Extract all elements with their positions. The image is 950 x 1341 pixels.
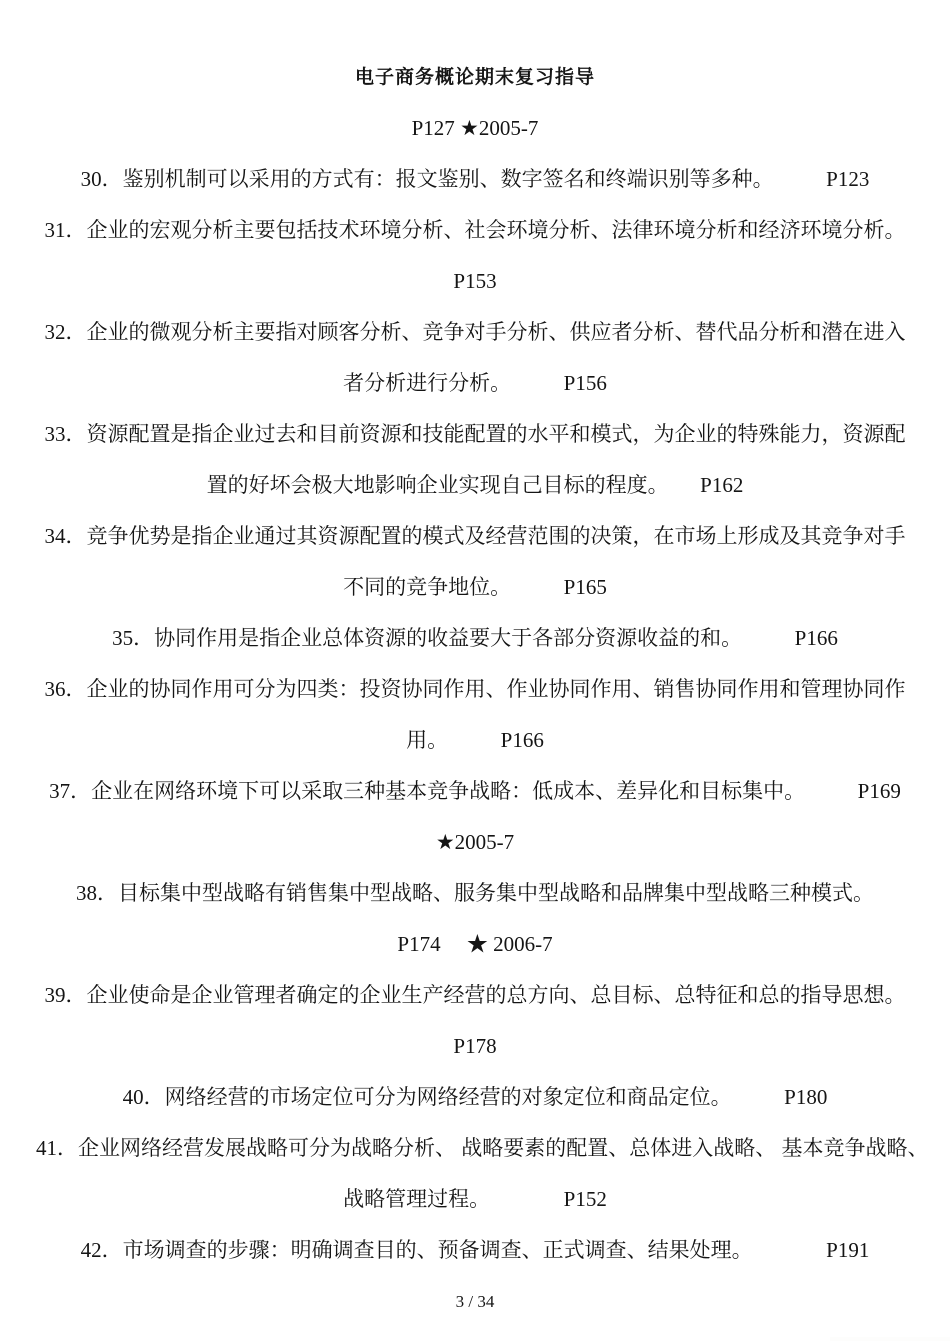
review-item-line: 37．企业在网络环境下可以采取三种基本竞争战略：低成本、差异化和目标集中。 P1… <box>36 766 914 817</box>
review-item-line: 36．企业的协同作用可分为四类：投资协同作用、作业协同作用、销售协同作用和管理协… <box>36 664 914 715</box>
faint-watermark <box>830 1337 950 1341</box>
review-item-continuation-line: P153 <box>36 256 914 307</box>
review-item-line: 41．企业网络经营发展战略可分为战略分析、 战略要素的配置、总体进入战略、 基本… <box>36 1123 914 1174</box>
exam-reference-line: ★2005-7 <box>36 817 914 868</box>
review-item-continuation-line: 用。 P166 <box>36 715 914 766</box>
review-item-line: 31．企业的宏观分析主要包括技术环境分析、社会环境分析、法律环境分析和经济环境分… <box>36 205 914 256</box>
review-item-line: 40．网络经营的市场定位可分为网络经营的对象定位和商品定位。 P180 <box>36 1072 914 1123</box>
review-item-line: 33．资源配置是指企业过去和目前资源和技能配置的水平和模式，为企业的特殊能力，资… <box>36 409 914 460</box>
page-number: 3 / 34 <box>36 1276 914 1327</box>
exam-reference-line: P174 ★ 2006-7 <box>36 919 914 970</box>
review-item-line: 39．企业使命是企业管理者确定的企业生产经营的总方向、总目标、总特征和总的指导思… <box>36 970 914 1021</box>
review-item-line: 34．竞争优势是指企业通过其资源配置的模式及经营范围的决策，在市场上形成及其竞争… <box>36 511 914 562</box>
review-item-line: 35．协同作用是指企业总体资源的收益要大于各部分资源收益的和。 P166 <box>36 613 914 664</box>
review-item-line: 42．市场调查的步骤：明确调查目的、预备调查、正式调查、结果处理。 P191 <box>36 1225 914 1276</box>
review-item-line: 38．目标集中型战略有销售集中型战略、服务集中型战略和品牌集中型战略三种模式。 <box>36 868 914 919</box>
document-page: 电子商务概论期末复习指导P127 ★2005-730．鉴别机制可以采用的方式有：… <box>0 0 950 1341</box>
review-item-line: 30．鉴别机制可以采用的方式有：报文鉴别、数字签名和终端识别等多种。 P123 <box>36 154 914 205</box>
review-item-line: 32．企业的微观分析主要指对顾客分析、竞争对手分析、供应者分析、替代品分析和潜在… <box>36 307 914 358</box>
review-item-continuation-line: P178 <box>36 1021 914 1072</box>
review-item-continuation-line: 战略管理过程。 P152 <box>36 1174 914 1225</box>
review-item-continuation-line: 置的好坏会极大地影响企业实现自己目标的程度。 P162 <box>36 460 914 511</box>
review-item-continuation-line: 者分析进行分析。 P156 <box>36 358 914 409</box>
document-body: 电子商务概论期末复习指导P127 ★2005-730．鉴别机制可以采用的方式有：… <box>36 52 914 1327</box>
exam-reference-line: P127 ★2005-7 <box>36 103 914 154</box>
review-item-continuation-line: 不同的竞争地位。 P165 <box>36 562 914 613</box>
page-title: 电子商务概论期末复习指导 <box>36 52 914 103</box>
